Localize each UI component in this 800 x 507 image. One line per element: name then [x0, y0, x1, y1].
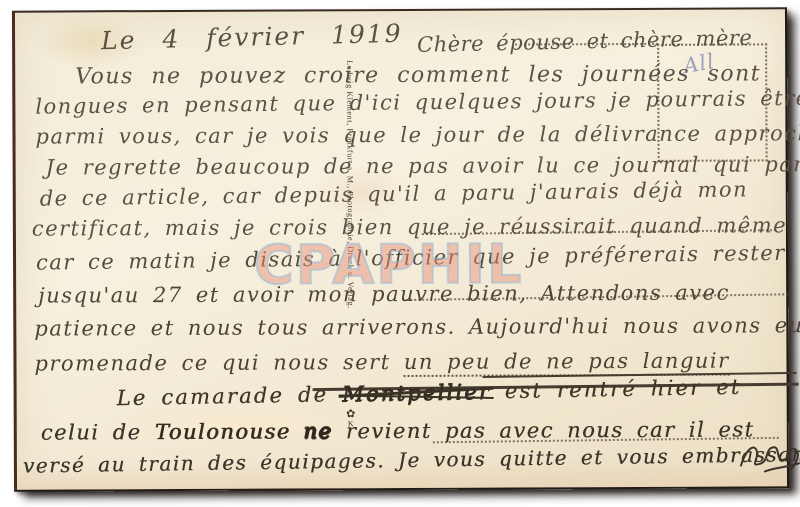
handwriting-segment: est rentré hier et [504, 375, 741, 403]
handwriting-line: parmi vous, car je vois que le jour de l… [35, 121, 800, 148]
handwriting-line: patience et nous tous arriverons. Aujour… [34, 313, 800, 340]
handwriting-line: celui de Toulonouse ne revient pas avec … [41, 417, 755, 444]
flower-icon: ✿ [343, 408, 359, 420]
postcard: All Ludwig Klement, Frankfurt a. M., Pho… [12, 7, 789, 491]
handwriting-line: promenade ce qui nous sert un peu de ne … [34, 349, 729, 376]
emphasized-word: Toulonouse [155, 419, 291, 444]
signature-scribble [735, 437, 800, 477]
handwriting-line: Je regrette beaucoup de ne pas avoir lu … [46, 152, 800, 179]
handwriting-segment: celui de [41, 420, 155, 444]
watermark: CPAPHIL [254, 232, 524, 296]
scan-background: All Ludwig Klement, Frankfurt a. M., Pho… [0, 0, 800, 507]
handwriting-line: de ce article, car depuis qu'il a paru j… [40, 177, 749, 210]
handwriting-line: Le camarade de Montpellier est rentré hi… [116, 375, 741, 410]
handwriting-segment: revient pas avec nous car il est [346, 417, 755, 443]
struck-word: Montpellier [342, 379, 491, 406]
handwriting-segment: promenade ce qui nous sert [34, 350, 403, 376]
date-line: Le 4 février 1919 [101, 19, 403, 56]
handwriting-segment: Le camarade de [116, 382, 342, 410]
underlined-phrase: un peu de ne pas languir [404, 349, 730, 377]
overwritten-word: ne [304, 419, 333, 443]
handwriting-line: Vous ne pouvez croire comment les journé… [75, 61, 761, 89]
